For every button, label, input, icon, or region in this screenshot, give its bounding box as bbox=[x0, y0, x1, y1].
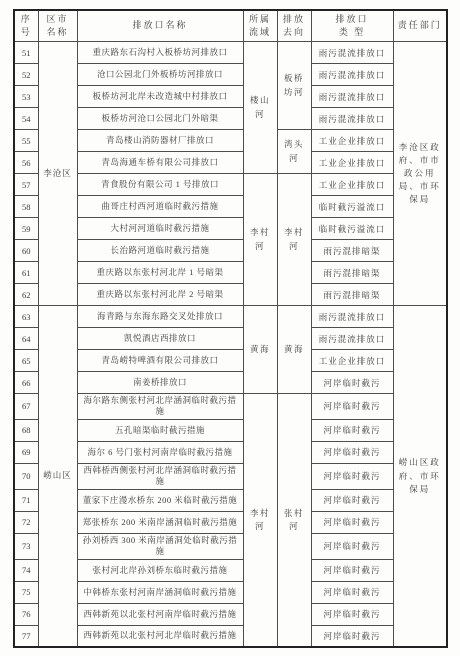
sequence-number: 69 bbox=[14, 441, 38, 463]
sequence-number: 67 bbox=[14, 394, 38, 420]
outlet-type: 河岸临时截污 bbox=[311, 489, 393, 511]
outlet-name: 大村河河道临时截污措施 bbox=[77, 218, 243, 240]
table-row: 72郑张桥东 200 米南岸涵洞临时截污措施河岸临时截污 bbox=[14, 511, 447, 533]
outlet-name: 重庆路以东张村河北岸 2 号暗渠 bbox=[77, 284, 243, 306]
sequence-number: 51 bbox=[14, 42, 38, 64]
sequence-number: 68 bbox=[14, 419, 38, 441]
outlet-type: 工业企业排放口 bbox=[311, 174, 393, 196]
outlet-name: 中韩桥东张村河南岸涵洞临时截污措施 bbox=[77, 581, 243, 603]
table-row: 77西韩新苑以北张村河北岸临时截污措施河岸临时截污 bbox=[14, 625, 447, 647]
sequence-number: 60 bbox=[14, 240, 38, 262]
outlet-type: 河岸临时截污 bbox=[311, 581, 393, 603]
outlet-name: 重庆路东石沟村入板桥坊河排放口 bbox=[77, 42, 243, 64]
sequence-number: 66 bbox=[14, 372, 38, 394]
table-row: 57青食股份有限公司 1 号排放口李村河李村河工业企业排放口 bbox=[14, 174, 447, 196]
sequence-number: 62 bbox=[14, 284, 38, 306]
sequence-number: 75 bbox=[14, 581, 38, 603]
basin-cell: 李村河 bbox=[243, 394, 277, 648]
outlet-type: 河岸临时截污 bbox=[311, 533, 393, 559]
outlet-name: 青岛崂特啤酒有限公司排放口 bbox=[77, 350, 243, 372]
outlet-type: 雨污混流排放口 bbox=[311, 328, 393, 350]
column-header-basin: 所属 流域 bbox=[243, 10, 277, 42]
destination-cell: 湾头河 bbox=[277, 130, 311, 174]
outlet-name: 沧口公园北门外板桥坊河排放口 bbox=[77, 64, 243, 86]
department-cell: 李沧区政府、市市政公用局、市环保局 bbox=[393, 42, 447, 306]
sequence-number: 52 bbox=[14, 64, 38, 86]
sequence-number: 74 bbox=[14, 559, 38, 581]
district-cell: 李沧区 bbox=[38, 42, 77, 306]
outlet-type: 河岸临时截污 bbox=[311, 511, 393, 533]
sequence-number: 77 bbox=[14, 625, 38, 647]
outlet-type: 雨污混流排放口 bbox=[311, 64, 393, 86]
table-row: 69海尔 6 号门张村河南岸临时截污措施河岸临时截污 bbox=[14, 441, 447, 463]
sequence-number: 71 bbox=[14, 489, 38, 511]
department-cell: 崂山区政府、市环保局 bbox=[393, 306, 447, 648]
table-body: 51李沧区重庆路东石沟村入板桥坊河排放口楼山河板桥 坊河雨污混流排放口李沧区政府… bbox=[14, 42, 447, 648]
outlet-type: 河岸临时截污 bbox=[311, 441, 393, 463]
table-row: 53板桥坊河北岸未改造城中村排放口雨污混流排放口 bbox=[14, 86, 447, 108]
outlet-name: 板桥坊河北岸未改造城中村排放口 bbox=[77, 86, 243, 108]
basin-cell: 楼山河 bbox=[243, 42, 277, 174]
table-row: 58曲哥庄村西河道临时截污措施临时截污溢流口 bbox=[14, 196, 447, 218]
outlet-type: 河岸临时截污 bbox=[311, 372, 393, 394]
column-header-seq: 序 号 bbox=[14, 10, 38, 42]
outlet-name: 青岛楼山消防器材厂排放口 bbox=[77, 130, 243, 152]
column-header-name: 排放口名称 bbox=[77, 10, 243, 42]
table-row: 54板桥坊河沧口公园北门外暗渠雨污混流排放口 bbox=[14, 108, 447, 130]
outlet-name: 董家下庄漫水桥东 200 米临时截污措施 bbox=[77, 489, 243, 511]
basin-cell: 李村河 bbox=[243, 174, 277, 306]
header-row: 序 号区市 名称排放口名称所属 流域排放 去向排放口 类 型责任部门 bbox=[14, 10, 447, 42]
table-row: 67海尔路东侧张村河北岸涵洞临时截污措施李村河张村河河岸临时截污 bbox=[14, 394, 447, 420]
table-row: 68五孔暗渠临时截污措施河岸临时截污 bbox=[14, 419, 447, 441]
outlet-name: 青岛海通车桥有限公司排放口 bbox=[77, 152, 243, 174]
outlet-name: 曲哥庄村西河道临时截污措施 bbox=[77, 196, 243, 218]
sequence-number: 64 bbox=[14, 328, 38, 350]
sequence-number: 53 bbox=[14, 86, 38, 108]
outlet-type: 河岸临时截污 bbox=[311, 463, 393, 489]
outlet-name: 凯悦酒店西排放口 bbox=[77, 328, 243, 350]
outlet-type: 河岸临时截污 bbox=[311, 625, 393, 647]
table-row: 52沧口公园北门外板桥坊河排放口雨污混流排放口 bbox=[14, 64, 447, 86]
destination-cell: 板桥 坊河 bbox=[277, 42, 311, 130]
sequence-number: 70 bbox=[14, 463, 38, 489]
outlet-name: 郑张桥东 200 米南岸涵洞临时截污措施 bbox=[77, 511, 243, 533]
basin-cell: 黄海 bbox=[243, 306, 277, 394]
column-header-type: 排放口 类 型 bbox=[311, 10, 393, 42]
column-header-destination: 排放 去向 bbox=[277, 10, 311, 42]
outlet-name: 海尔路东侧张村河北岸涵洞临时截污措施 bbox=[77, 394, 243, 420]
outlet-name: 青食股份有限公司 1 号排放口 bbox=[77, 174, 243, 196]
outlet-type: 河岸临时截污 bbox=[311, 419, 393, 441]
outlet-type: 雨污混流排放口 bbox=[311, 306, 393, 328]
sequence-number: 61 bbox=[14, 262, 38, 284]
outlet-type: 工业企业排放口 bbox=[311, 350, 393, 372]
sequence-number: 59 bbox=[14, 218, 38, 240]
sequence-number: 76 bbox=[14, 603, 38, 625]
sequence-number: 73 bbox=[14, 533, 38, 559]
destination-cell: 黄海 bbox=[277, 306, 311, 394]
column-header-district: 区市 名称 bbox=[38, 10, 77, 42]
outlet-name: 西韩新苑以北张村河南岸临时截污措施 bbox=[77, 603, 243, 625]
sequence-number: 65 bbox=[14, 350, 38, 372]
outlet-type: 临时截污溢流口 bbox=[311, 196, 393, 218]
outlet-name: 重庆路以东张村河北岸 1 号暗渠 bbox=[77, 262, 243, 284]
table-row: 71董家下庄漫水桥东 200 米临时截污措施河岸临时截污 bbox=[14, 489, 447, 511]
table-row: 62重庆路以东张村河北岸 2 号暗渠雨污混排暗渠 bbox=[14, 284, 447, 306]
table-row: 63崂山区海青路与东海东路交叉处排放口黄海黄海雨污混流排放口崂山区政府、市环保局 bbox=[14, 306, 447, 328]
outlet-type: 工业企业排放口 bbox=[311, 152, 393, 174]
table-row: 60长治路河道临时截污措施雨污混排暗渠 bbox=[14, 240, 447, 262]
sequence-number: 54 bbox=[14, 108, 38, 130]
outlet-name: 五孔暗渠临时截污措施 bbox=[77, 419, 243, 441]
outlet-type: 河岸临时截污 bbox=[311, 603, 393, 625]
destination-cell: 张村河 bbox=[277, 394, 311, 648]
table-row: 65青岛崂特啤酒有限公司排放口工业企业排放口 bbox=[14, 350, 447, 372]
sequence-number: 58 bbox=[14, 196, 38, 218]
table-row: 75中韩桥东张村河南岸涵洞临时截污措施河岸临时截污 bbox=[14, 581, 447, 603]
outlet-name: 西韩新苑以北张村河北岸临时截污措施 bbox=[77, 625, 243, 647]
sequence-number: 56 bbox=[14, 152, 38, 174]
document-page: 序 号区市 名称排放口名称所属 流域排放 去向排放口 类 型责任部门 51李沧区… bbox=[0, 0, 460, 648]
sequence-number: 55 bbox=[14, 130, 38, 152]
table-row: 61重庆路以东张村河北岸 1 号暗渠雨污混排暗渠 bbox=[14, 262, 447, 284]
table-row: 59大村河河道临时截污措施临时截污溢流口 bbox=[14, 218, 447, 240]
outlet-name: 板桥坊河沧口公园北门外暗渠 bbox=[77, 108, 243, 130]
outlet-type: 雨污混流排放口 bbox=[311, 108, 393, 130]
table-row: 55青岛楼山消防器材厂排放口湾头河工业企业排放口 bbox=[14, 130, 447, 152]
table-row: 70西韩桥西侧张村河北岸涵洞临时截污措施河岸临时截污 bbox=[14, 463, 447, 489]
outlet-type: 雨污混流排放口 bbox=[311, 86, 393, 108]
destination-cell: 李村河 bbox=[277, 174, 311, 306]
table-row: 66南姜桥排放口河岸临时截污 bbox=[14, 372, 447, 394]
outlet-name: 西韩桥西侧张村河北岸涵洞临时截污措施 bbox=[77, 463, 243, 489]
table-row: 76西韩新苑以北张村河南岸临时截污措施河岸临时截污 bbox=[14, 603, 447, 625]
district-cell: 崂山区 bbox=[38, 306, 77, 648]
outlet-name: 海青路与东海东路交叉处排放口 bbox=[77, 306, 243, 328]
table-row: 73孙刘桥西 300 米南岸涵洞处临时截污措施河岸临时截污 bbox=[14, 533, 447, 559]
outlet-name: 海尔 6 号门张村河南岸临时截污措施 bbox=[77, 441, 243, 463]
sequence-number: 63 bbox=[14, 306, 38, 328]
discharge-outlets-table: 序 号区市 名称排放口名称所属 流域排放 去向排放口 类 型责任部门 51李沧区… bbox=[13, 9, 448, 648]
outlet-name: 张村河北岸孙刘桥东临时截污措施 bbox=[77, 559, 243, 581]
column-header-department: 责任部门 bbox=[393, 10, 447, 42]
sequence-number: 72 bbox=[14, 511, 38, 533]
table-row: 56青岛海通车桥有限公司排放口工业企业排放口 bbox=[14, 152, 447, 174]
outlet-name: 南姜桥排放口 bbox=[77, 372, 243, 394]
outlet-type: 河岸临时截污 bbox=[311, 559, 393, 581]
outlet-type: 河岸临时截污 bbox=[311, 394, 393, 420]
outlet-type: 工业企业排放口 bbox=[311, 130, 393, 152]
outlet-type: 雨污混排暗渠 bbox=[311, 262, 393, 284]
outlet-type: 临时截污溢流口 bbox=[311, 218, 393, 240]
outlet-type: 雨污混流排放口 bbox=[311, 42, 393, 64]
table-row: 74张村河北岸孙刘桥东临时截污措施河岸临时截污 bbox=[14, 559, 447, 581]
sequence-number: 57 bbox=[14, 174, 38, 196]
table-row: 51李沧区重庆路东石沟村入板桥坊河排放口楼山河板桥 坊河雨污混流排放口李沧区政府… bbox=[14, 42, 447, 64]
outlet-name: 孙刘桥西 300 米南岸涵洞处临时截污措施 bbox=[77, 533, 243, 559]
outlet-name: 长治路河道临时截污措施 bbox=[77, 240, 243, 262]
outlet-type: 雨污混排暗渠 bbox=[311, 240, 393, 262]
outlet-type: 雨污混排暗渠 bbox=[311, 284, 393, 306]
table-row: 64凯悦酒店西排放口雨污混流排放口 bbox=[14, 328, 447, 350]
